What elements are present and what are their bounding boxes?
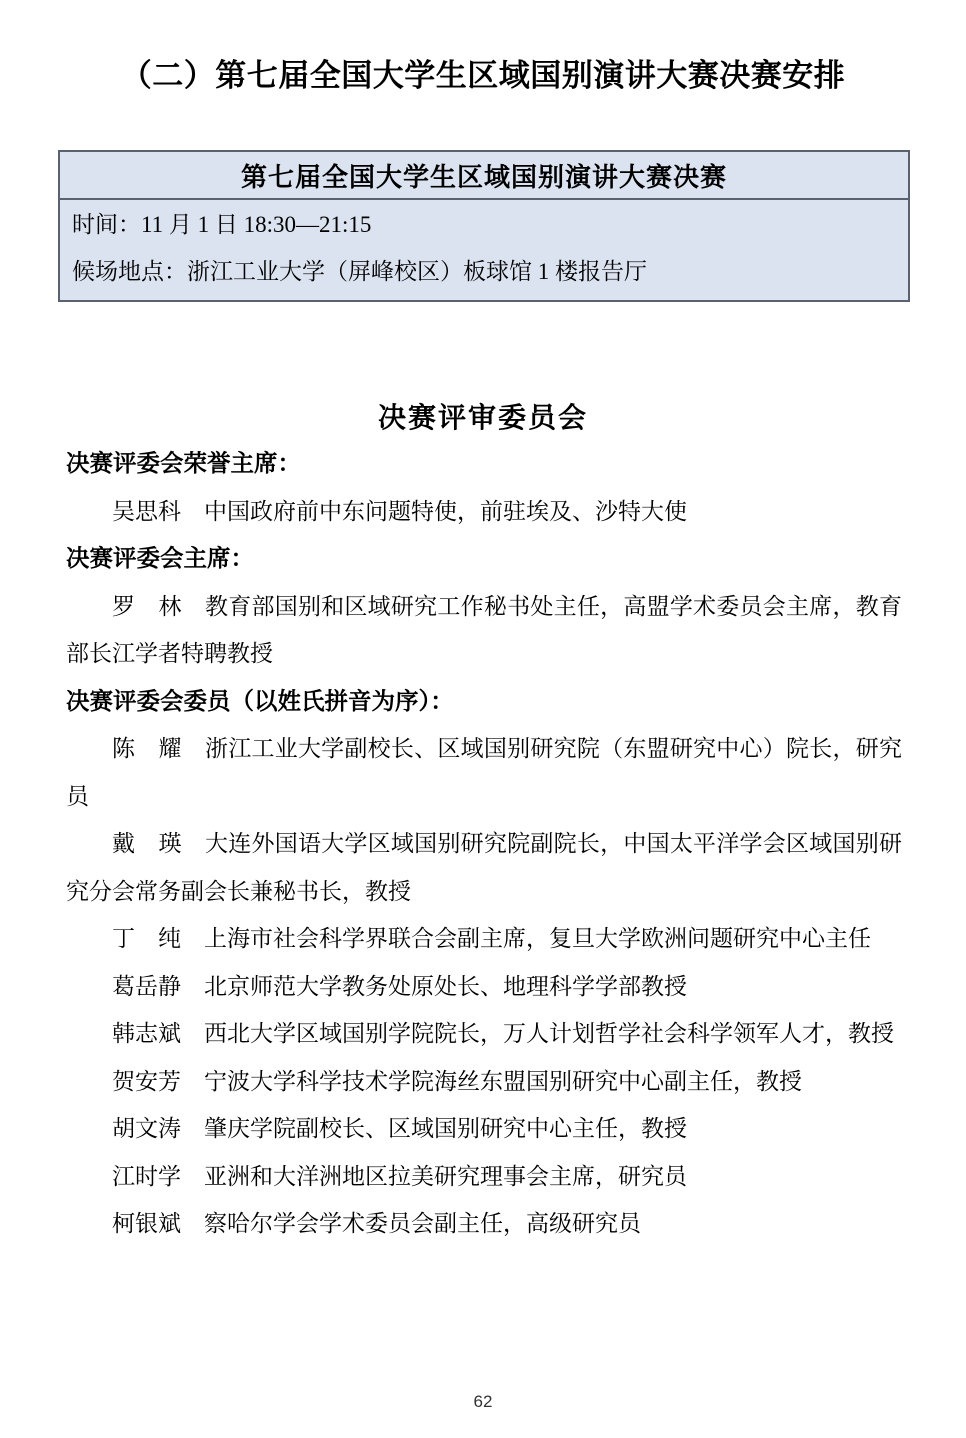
member-line: 葛岳静 北京师范大学教务处原处长、地理科学学部教授 [66, 963, 902, 1011]
page-number: 62 [0, 1392, 966, 1412]
member-line: 韩志斌 西北大学区域国别学院院长，万人计划哲学社会科学领军人才，教授 [66, 1010, 902, 1058]
members-label: 决赛评委会委员（以姓氏拼音为序）： [66, 678, 902, 726]
honorary-chair-member: 吴思科 中国政府前中东问题特使，前驻埃及、沙特大使 [66, 488, 902, 536]
member-line: 柯银斌 察哈尔学会学术委员会副主任，高级研究员 [66, 1200, 902, 1248]
schedule-table-title: 第七届全国大学生区域国别演讲大赛决赛 [60, 152, 908, 200]
chair-member: 罗 林 教育部国别和区域研究工作秘书处主任，高盟学术委员会主席，教育部长江学者特… [66, 583, 902, 678]
schedule-table: 第七届全国大学生区域国别演讲大赛决赛 时间：11 月 1 日 18:30—21:… [58, 150, 910, 302]
member-line: 胡文涛 肇庆学院副校长、区域国别研究中心主任，教授 [66, 1105, 902, 1153]
schedule-venue-row: 候场地点：浙江工业大学（屏峰校区）板球馆 1 楼报告厅 [72, 248, 896, 295]
committee-body: 决赛评委会荣誉主席： 吴思科 中国政府前中东问题特使，前驻埃及、沙特大使 决赛评… [66, 440, 902, 1248]
committee-heading: 决赛评审委员会 [0, 396, 966, 436]
document-title: （二）第七届全国大学生区域国别演讲大赛决赛安排 [0, 0, 966, 97]
member-line: 戴 瑛 大连外国语大学区域国别研究院副院长，中国太平洋学会区域国别研究分会常务副… [66, 820, 902, 915]
member-line: 贺安芳 宁波大学科学技术学院海丝东盟国别研究中心副主任，教授 [66, 1058, 902, 1106]
member-line: 丁 纯 上海市社会科学界联合会副主席，复旦大学欧洲问题研究中心主任 [66, 915, 902, 963]
document-page: （二）第七届全国大学生区域国别演讲大赛决赛安排 第七届全国大学生区域国别演讲大赛… [0, 0, 966, 1438]
schedule-time-row: 时间：11 月 1 日 18:30—21:15 [72, 201, 896, 248]
honorary-chair-label: 决赛评委会荣誉主席： [66, 440, 902, 488]
member-line: 陈 耀 浙江工业大学副校长、区域国别研究院（东盟研究中心）院长，研究员 [66, 725, 902, 820]
chair-label: 决赛评委会主席： [66, 535, 902, 583]
member-line: 江时学 亚洲和大洋洲地区拉美研究理事会主席，研究员 [66, 1153, 902, 1201]
schedule-table-body: 时间：11 月 1 日 18:30—21:15 候场地点：浙江工业大学（屏峰校区… [60, 200, 908, 300]
